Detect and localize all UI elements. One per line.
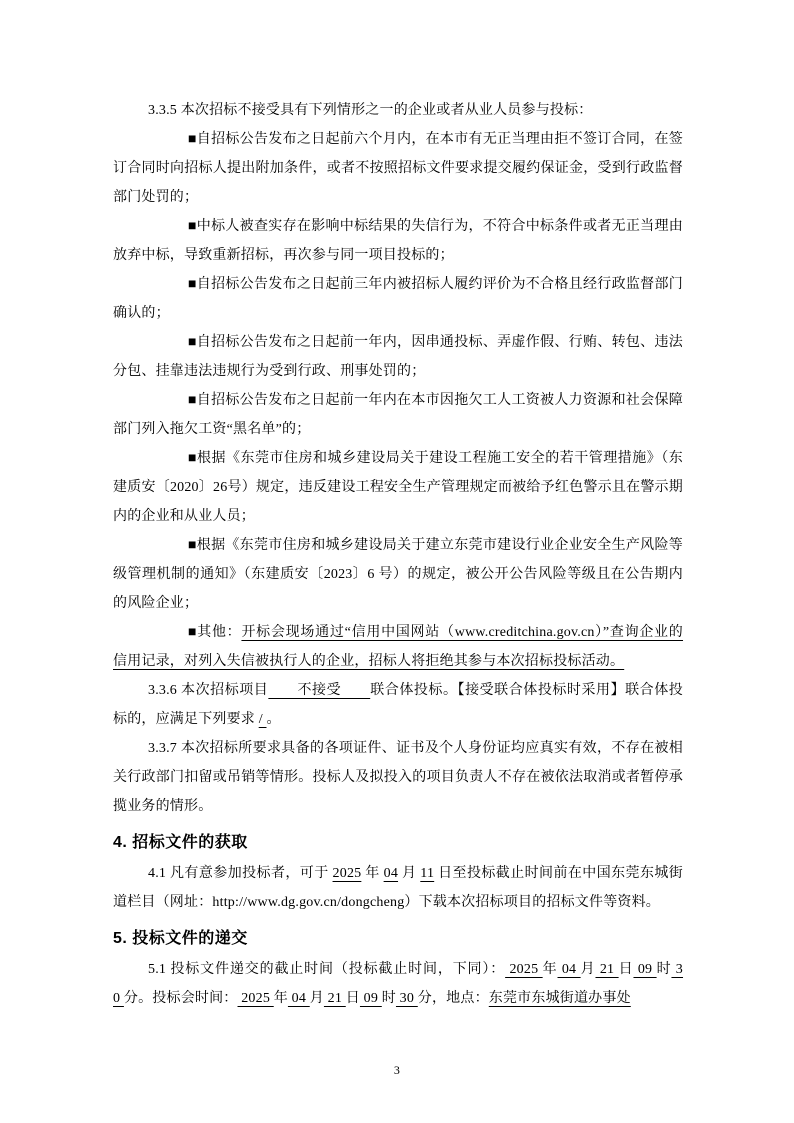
text-run: 分。投标会时间： — [124, 991, 238, 1006]
text-run: 年 — [361, 866, 383, 881]
underlined-text-run: 2025 — [238, 991, 274, 1006]
underlined-text-run: 2025 — [505, 962, 543, 977]
underlined-text-run: 09 — [360, 991, 382, 1006]
text-run: 年 — [543, 962, 558, 977]
bullet-dishonest-winner: ■中标人被查实存在影响中标结果的失信行为，不符合中标条件或者无正当理由放弃中标，… — [113, 212, 683, 270]
text-run: 日 — [346, 991, 360, 1006]
bullet-wage-blacklist: ■自招标公告发布之日起前一年内在本市因拖欠工人工资被人力资源和社会保障部门列入拖… — [113, 386, 683, 444]
text-run: 日 — [619, 962, 634, 977]
underlined-text-run: 11 — [420, 866, 434, 881]
bullet-performance-evaluation: ■自招标公告发布之日起前三年内被招标人履约评价为不合格且经行政监督部门确认的； — [113, 270, 683, 328]
text-run: ■自招标公告发布之日起前一年内在本市因拖欠工人工资被人力资源和社会保障部门列入拖… — [113, 393, 683, 437]
text-run: ■根据《东莞市住房和城乡建设局关于建立东莞市建设行业企业安全生产风险等级管理机制… — [113, 538, 683, 611]
page-number: 3 — [0, 1062, 794, 1078]
underlined-text-run: 04 — [558, 962, 581, 977]
heading-section-4: 4. 招标文件的获取 — [113, 828, 683, 857]
underlined-text-run: 09 — [633, 962, 656, 977]
bullet-red-warning: ■根据《东莞市住房和城乡建设局关于建设工程施工安全的若干管理措施》（东建质安〔2… — [113, 444, 683, 531]
clause-5-1: 5.1 投标文件递交的截止时间（投标截止时间，下同）： 2025 年 04 月 … — [113, 955, 683, 1013]
document-page: 3.3.5 本次招标不接受具有下列情形之一的企业或者从业人员参与投标：■自招标公… — [0, 0, 794, 1123]
clause-4-1: 4.1 凡有意参加投标者，可于 2025 年 04 月 11 日至投标截止时间前… — [113, 859, 683, 917]
underlined-text-run: 不接受 — [268, 683, 370, 698]
text-run: 4.1 凡有意参加投标者，可于 — [148, 866, 333, 881]
heading-section-5: 5. 投标文件的递交 — [113, 924, 683, 953]
underlined-text-run: 东莞市东城街道办事处 — [489, 991, 631, 1006]
text-run: 年 — [274, 991, 288, 1006]
underlined-text-run: 04 — [288, 991, 310, 1006]
text-run: 3.3.5 本次招标不接受具有下列情形之一的企业或者从业人员参与投标： — [148, 103, 593, 118]
text-run: 时 — [382, 991, 396, 1006]
text-run: ■根据《东莞市住房和城乡建设局关于建设工程施工安全的若干管理措施》（东建质安〔2… — [113, 451, 683, 524]
text-run: 月 — [398, 866, 420, 881]
text-run: 4. 招标文件的获取 — [113, 834, 248, 851]
clause-3-3-5: 3.3.5 本次招标不接受具有下列情形之一的企业或者从业人员参与投标： — [113, 96, 683, 125]
underlined-text-run: 2025 — [333, 866, 362, 881]
text-run: 3.3.6 本次招标项目 — [148, 683, 268, 698]
text-run: 5. 投标文件的递交 — [113, 930, 248, 947]
underlined-text-run: 04 — [384, 866, 398, 881]
bullet-refuse-sign-contract: ■自招标公告发布之日起前六个月内，在本市有无正当理由拒不签订合同，在签订合同时向… — [113, 125, 683, 212]
text-run: 月 — [581, 962, 596, 977]
bullet-collusion-penalty: ■自招标公告发布之日起前一年内，因串通投标、弄虚作假、行贿、转包、违法分包、挂靠… — [113, 328, 683, 386]
text-run: ■自招标公告发布之日起前一年内，因串通投标、弄虚作假、行贿、转包、违法分包、挂靠… — [113, 335, 683, 379]
document-body: 3.3.5 本次招标不接受具有下列情形之一的企业或者从业人员参与投标：■自招标公… — [113, 96, 683, 1013]
text-run: 月 — [310, 991, 324, 1006]
underlined-text-run: 21 — [324, 991, 346, 1006]
text-run: ■自招标公告发布之日起前六个月内，在本市有无正当理由拒不签订合同，在签订合同时向… — [113, 132, 683, 205]
text-run: ■自招标公告发布之日起前三年内被招标人履约评价为不合格且经行政监督部门确认的； — [113, 277, 683, 321]
text-run: 3.3.7 本次招标所要求具备的各项证件、证书及个人身份证均应真实有效，不存在被… — [113, 741, 683, 814]
underlined-text-run: 30 — [396, 991, 418, 1006]
clause-3-3-7: 3.3.7 本次招标所要求具备的各项证件、证书及个人身份证均应真实有效，不存在被… — [113, 734, 683, 821]
clause-3-3-6: 3.3.6 本次招标项目 不接受 联合体投标。【接受联合体投标时采用】联合体投标… — [113, 676, 683, 734]
text-run: ■其他： — [188, 625, 241, 640]
text-run: 分，地点： — [418, 991, 489, 1006]
bullet-risk-grade: ■根据《东莞市住房和城乡建设局关于建立东莞市建设行业企业安全生产风险等级管理机制… — [113, 531, 683, 618]
text-run: 时 — [657, 962, 672, 977]
text-run: ■中标人被查实存在影响中标结果的失信行为，不符合中标条件或者无正当理由放弃中标，… — [113, 219, 683, 263]
text-run: 。 — [267, 712, 281, 727]
underlined-text-run: / — [259, 712, 267, 727]
bullet-other-creditchina: ■其他：开标会现场通过“信用中国网站（www.creditchina.gov.c… — [113, 618, 683, 676]
underlined-text-run: 21 — [595, 962, 618, 977]
text-run: 5.1 投标文件递交的截止时间（投标截止时间，下同）： — [148, 962, 505, 977]
